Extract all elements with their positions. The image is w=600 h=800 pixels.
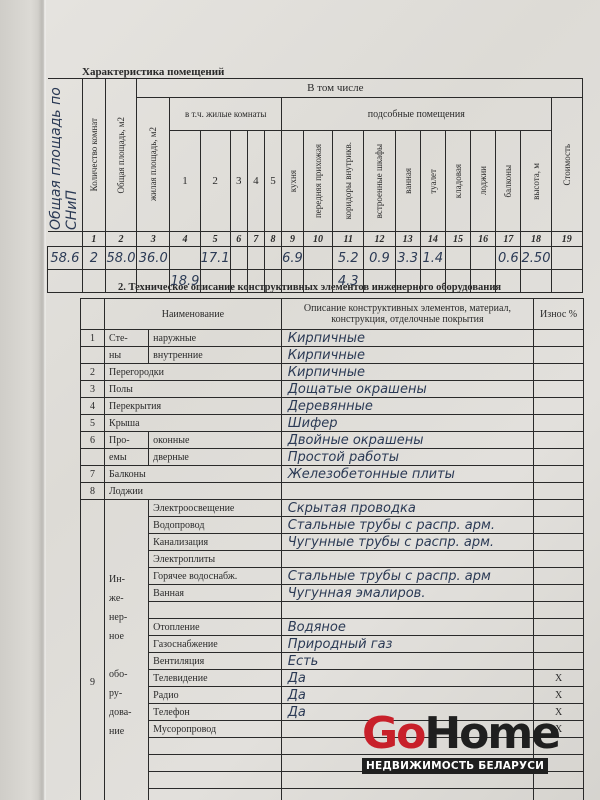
element-row: 6Про-оконныеДвойные окрашены xyxy=(81,432,584,449)
engineering-item-wear xyxy=(534,619,584,636)
room-value-12: 0.9 xyxy=(364,247,395,270)
row-name: дверные xyxy=(149,449,282,466)
row-description: Шифер xyxy=(288,416,338,431)
row-description: Кирпичные xyxy=(288,365,365,380)
engineering-row xyxy=(81,789,584,800)
col-header-2: Общая площадь, м2 xyxy=(116,117,126,194)
room-value-18: 2.50 xyxy=(521,247,551,270)
col-number-15: 15 xyxy=(445,232,470,247)
engineering-item-description: Стальные трубы с распр. арм xyxy=(288,569,491,584)
row-description: Деревянные xyxy=(288,399,373,414)
engineering-item-name xyxy=(149,755,282,772)
gohome-tagline: НЕДВИЖИМОСТЬ БЕЛАРУСИ xyxy=(362,758,548,774)
room-value-15 xyxy=(445,247,470,270)
row-wear xyxy=(534,347,584,364)
row-name: Перекрытия xyxy=(105,398,282,415)
row-wear xyxy=(534,330,584,347)
element-row: нывнутренниеКирпичные xyxy=(81,347,584,364)
room-value-6 xyxy=(230,247,247,270)
col-header-8: 5 xyxy=(265,175,281,187)
room-value-19 xyxy=(551,247,582,270)
col-number-3: 3 xyxy=(137,232,170,247)
engineering-number: 9 xyxy=(81,500,105,800)
row-wear xyxy=(534,483,584,500)
col-header-10: передняя прихожая xyxy=(313,144,323,218)
header-in-total: В том числе xyxy=(137,79,583,98)
engineering-item-wear: Х xyxy=(534,670,584,687)
col-number-7: 7 xyxy=(247,232,264,247)
row-group: Про- xyxy=(105,432,149,449)
engineering-row: РадиоДаХ xyxy=(81,687,584,704)
engineering-item-name: Телевидение xyxy=(149,670,282,687)
row-wear xyxy=(534,381,584,398)
engineering-item-name xyxy=(149,789,282,800)
element-row: 1Сте-наружныеКирпичные xyxy=(81,330,584,347)
engineering-group-label: Ин-же-нер-ноеобо-ру-дова-ние xyxy=(105,500,149,800)
room-value-2: 58.0 xyxy=(105,247,136,270)
row-number: 4 xyxy=(81,398,105,415)
col-header-18: высота, м xyxy=(531,163,541,200)
col-number-18: 18 xyxy=(521,232,551,247)
engineering-item-name: Водопровод xyxy=(149,517,282,534)
engineering-row xyxy=(81,602,584,619)
engineering-row: КанализацияЧугунные трубы с распр. арм. xyxy=(81,534,584,551)
row-description: Дощатые окрашены xyxy=(288,382,427,397)
row-description: Простой работы xyxy=(288,450,399,465)
row-group: Сте- xyxy=(105,330,149,347)
header-name: Наименование xyxy=(105,299,282,330)
element-row: емыдверныеПростой работы xyxy=(81,449,584,466)
element-row: 7БалконыЖелезобетонные плиты xyxy=(81,466,584,483)
room-value-8 xyxy=(264,247,281,270)
row-group: емы xyxy=(105,449,149,466)
header-aux-rooms: подсобные помещения xyxy=(282,98,552,131)
col-number-1: 1 xyxy=(82,232,105,247)
gohome-logo: GoHome xyxy=(362,712,559,756)
engineering-row xyxy=(81,772,584,789)
engineering-item-name: Отопление xyxy=(149,619,282,636)
col-number-14: 14 xyxy=(420,232,445,247)
engineering-item-name: Электроосвещение xyxy=(149,500,282,517)
engineering-row: ВаннаяЧугунная эмалиров. xyxy=(81,585,584,602)
col-number-9: 9 xyxy=(282,232,304,247)
engineering-item-wear xyxy=(534,772,584,789)
row-description: Железобетонные плиты xyxy=(288,467,455,482)
col-number-16: 16 xyxy=(471,232,496,247)
row-number: 7 xyxy=(81,466,105,483)
engineering-item-name: Ванная xyxy=(149,585,282,602)
row-number: 3 xyxy=(81,381,105,398)
section2-title: 2. Техническое описание конструктивных э… xyxy=(118,282,501,293)
element-row: 3ПолыДощатые окрашены xyxy=(81,381,584,398)
engineering-item-name: Вентиляция xyxy=(149,653,282,670)
paper-tear-edge xyxy=(38,0,46,800)
engineering-item-name: Мусоропровод xyxy=(149,721,282,738)
col-header-14: туалет xyxy=(428,169,438,194)
engineering-item-name: Электроплиты xyxy=(149,551,282,568)
row-name: наружные xyxy=(149,330,282,347)
row-name: Балконы xyxy=(105,466,282,483)
engineering-item-wear xyxy=(534,551,584,568)
col-header-15: кладовая xyxy=(453,164,463,198)
col-number-8: 8 xyxy=(264,232,281,247)
row-name: Перегородки xyxy=(105,364,282,381)
col-number-13: 13 xyxy=(395,232,420,247)
row-wear xyxy=(534,364,584,381)
col-header-16: лоджии xyxy=(478,166,488,195)
row-name: внутренние xyxy=(149,347,282,364)
engineering-item-name xyxy=(149,602,282,619)
room-value-5: 17.1 xyxy=(200,247,230,270)
col-number-6: 6 xyxy=(230,232,247,247)
side-note-cell xyxy=(48,79,83,232)
room-value-3: 36.0 xyxy=(137,247,170,270)
engineering-item-description: Водяное xyxy=(288,620,346,635)
col-header-7: 4 xyxy=(248,175,264,187)
room-value-14: 1.4 xyxy=(420,247,445,270)
col-header-19: Стоимость xyxy=(562,144,572,185)
engineering-item-name xyxy=(149,738,282,755)
engineering-item-description: Стальные трубы с распр. арм. xyxy=(288,518,495,533)
row-number xyxy=(81,449,105,466)
room-value-16 xyxy=(471,247,496,270)
col-number-10: 10 xyxy=(303,232,332,247)
room-value-17: 0.6 xyxy=(496,247,521,270)
engineering-item-description: Есть xyxy=(288,654,319,669)
engineering-item-wear xyxy=(534,585,584,602)
engineering-item-name: Канализация xyxy=(149,534,282,551)
col-header-17: балконы xyxy=(503,165,513,197)
room-value-11: 5.2 xyxy=(333,247,364,270)
engineering-row: Электроплиты xyxy=(81,551,584,568)
row-number: 6 xyxy=(81,432,105,449)
engineering-item-wear xyxy=(534,534,584,551)
header-wear: Износ % xyxy=(534,299,584,330)
engineering-row: Горячее водоснабж.Стальные трубы с распр… xyxy=(81,568,584,585)
room-value-1: 2 xyxy=(82,247,105,270)
engineering-item-description: Чугунные трубы с распр. арм. xyxy=(288,535,494,550)
col-header-3: жилая площадь, м2 xyxy=(148,127,158,201)
row-number: 8 xyxy=(81,483,105,500)
element-row: 4ПерекрытияДеревянные xyxy=(81,398,584,415)
row-description: Кирпичные xyxy=(288,348,365,363)
row-name: оконные xyxy=(149,432,282,449)
row-wear xyxy=(534,415,584,432)
room-value-18 xyxy=(521,270,551,293)
element-row: 8Лоджии xyxy=(81,483,584,500)
col-header-5: 2 xyxy=(201,175,230,187)
row-number: 1 xyxy=(81,330,105,347)
room-value-10 xyxy=(303,247,332,270)
room-value-9: 6.9 xyxy=(282,247,304,270)
room-characteristics-table: Количество комнат Общая площадь, м2 В то… xyxy=(47,78,583,293)
engineering-item-description: Скрытая проводка xyxy=(288,501,416,516)
row-name: Полы xyxy=(105,381,282,398)
row-group: ны xyxy=(105,347,149,364)
engineering-item-wear xyxy=(534,789,584,800)
engineering-item-description: Природный газ xyxy=(288,637,393,652)
engineering-item-name: Газоснабжение xyxy=(149,636,282,653)
room-value-19 xyxy=(551,270,582,293)
engineering-row: 9Ин-же-нер-ноеобо-ру-дова-ниеЭлектроосве… xyxy=(81,500,584,517)
gohome-watermark: GoHome НЕДВИЖИМОСТЬ БЕЛАРУСИ xyxy=(362,712,559,774)
col-header-12: встроенные шкафы xyxy=(374,144,384,218)
col-number-19: 19 xyxy=(551,232,582,247)
engineering-item-name: Горячее водоснабж. xyxy=(149,568,282,585)
engineering-item-name xyxy=(149,772,282,789)
row-description: Кирпичные xyxy=(288,331,365,346)
engineering-item-wear xyxy=(534,653,584,670)
engineering-item-name: Телефон xyxy=(149,704,282,721)
engineering-row: ВентиляцияЕсть xyxy=(81,653,584,670)
col-number-5: 5 xyxy=(200,232,230,247)
col-header-6: 3 xyxy=(231,175,247,187)
col-header-4: 1 xyxy=(170,175,199,187)
col-header-1: Количество комнат xyxy=(89,118,99,191)
engineering-item-wear xyxy=(534,602,584,619)
engineering-item-description: Чугунная эмалиров. xyxy=(288,586,426,601)
col-number-11: 11 xyxy=(333,232,364,247)
col-header-11: коридоры внутрикв. xyxy=(343,142,353,219)
room-value-4 xyxy=(170,247,200,270)
element-row: 5КрышаШифер xyxy=(81,415,584,432)
room-value-1 xyxy=(82,270,105,293)
engineering-item-name: Радио xyxy=(149,687,282,704)
engineering-item-description: Да xyxy=(288,671,306,686)
row-name: Крыша xyxy=(105,415,282,432)
engineering-item-description: Да xyxy=(288,688,306,703)
engineering-item-wear xyxy=(534,517,584,534)
engineering-row: ВодопроводСтальные трубы с распр. арм. xyxy=(81,517,584,534)
engineering-item-wear xyxy=(534,636,584,653)
row-number xyxy=(81,347,105,364)
row-wear xyxy=(534,466,584,483)
room-value-13: 3.3 xyxy=(395,247,420,270)
col-header-9: кухня xyxy=(288,170,298,192)
engineering-row: ОтоплениеВодяное xyxy=(81,619,584,636)
header-living-rooms: в т.ч. жилые комнаты xyxy=(170,98,282,131)
engineering-item-wear xyxy=(534,568,584,585)
col-number-12: 12 xyxy=(364,232,395,247)
engineering-item-wear: Х xyxy=(534,687,584,704)
col-number-4: 4 xyxy=(170,232,200,247)
row-wear xyxy=(534,432,584,449)
row-name: Лоджии xyxy=(105,483,282,500)
row-wear xyxy=(534,449,584,466)
row-description: Двойные окрашены xyxy=(288,433,424,448)
section1-title: Характеристика помещений xyxy=(82,66,224,78)
element-row: 2ПерегородкиКирпичные xyxy=(81,364,584,381)
col-number-2: 2 xyxy=(105,232,136,247)
engineering-item-description: Да xyxy=(288,705,306,720)
col-header-13: ванная xyxy=(403,168,413,194)
engineering-row: ТелевидениеДаХ xyxy=(81,670,584,687)
row-number: 5 xyxy=(81,415,105,432)
room-value-7 xyxy=(247,247,264,270)
engineering-row: ГазоснабжениеПриродный газ xyxy=(81,636,584,653)
header-description: Описание конструктивных элементов, матер… xyxy=(281,299,533,330)
row-number: 2 xyxy=(81,364,105,381)
total-area-snip-value: 58.6 xyxy=(48,247,83,270)
engineering-item-wear xyxy=(534,500,584,517)
col-number-17: 17 xyxy=(496,232,521,247)
row-wear xyxy=(534,398,584,415)
